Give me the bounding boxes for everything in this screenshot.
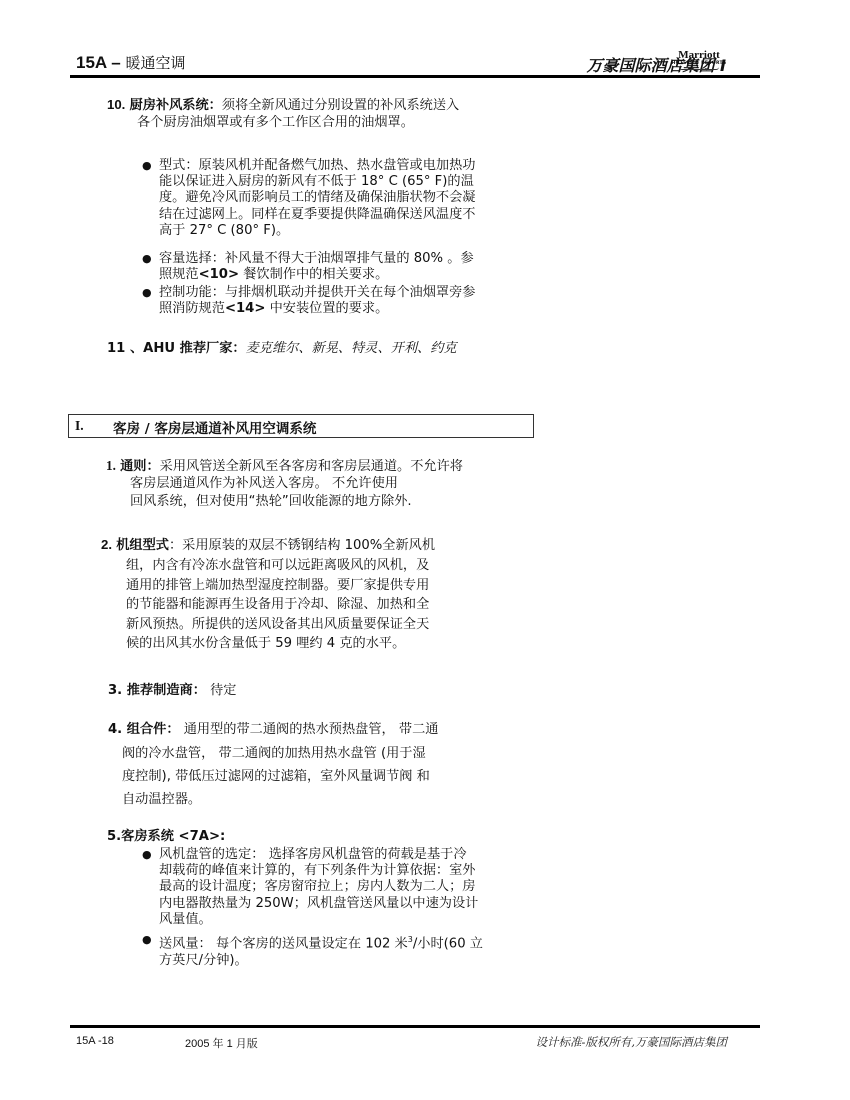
bullet-icon: ● bbox=[142, 158, 152, 174]
item-11: 11 、AHU 推荐厂家：麦克维尔、新晃、特灵、开利、约克 bbox=[107, 341, 457, 357]
item-value: 待定 bbox=[206, 683, 237, 698]
bullet-line: 结在过滤网上。同样在夏季要提供降温确保送风温度不 bbox=[159, 207, 539, 223]
text: 照消防规范 bbox=[159, 301, 225, 316]
bullet-line: 能以保证进入厨房的新风有不低于 18° C (65° F)的温 bbox=[159, 174, 539, 190]
subsection-3: 3. 推荐制造商： 待定 bbox=[108, 683, 236, 699]
item-text: 采用风管送全新风至各客房和客房层通道。不允许将 bbox=[160, 459, 463, 474]
bullet-line: 方英尺/分钟)。 bbox=[159, 953, 539, 969]
page-number: 15A -18 bbox=[76, 1035, 114, 1047]
bullet-line: 控制功能：与排烟机联动并提供开关在每个油烟罩旁参 bbox=[159, 285, 539, 301]
bullet-icon: ● bbox=[142, 847, 152, 863]
subsection-2-body: 组，内含有冷冻水盘管和可以远距离吸风的风机，及 通用的排管上端加热型湿度控制器。… bbox=[126, 556, 429, 654]
text-line: 阀的冷水盘管， 带二通阀的加热用热水盘管 (用于湿 bbox=[122, 742, 430, 765]
subsection-5-bullet-2: ● 送风量： 每个客房的送风量设定在 102 米3/小时(60 立 方英尺/分钟… bbox=[159, 932, 539, 969]
bullet-line: 照消防规范<14> 中安装位置的要求。 bbox=[159, 301, 539, 317]
reference: <10> bbox=[199, 267, 239, 282]
subsection-1-line3: 回风系统，但对使用“热轮”回收能源的地方除外. bbox=[130, 494, 412, 510]
item-heading: 厨房补风系统： bbox=[130, 98, 222, 113]
reference: <14> bbox=[225, 301, 265, 316]
item-number: 2. bbox=[101, 537, 112, 552]
vendor-list: 麦克维尔、新晃、特灵、开利、约克 bbox=[246, 341, 457, 356]
section-heading-box: I. 客房 / 客房层通道补风用空调系统 bbox=[68, 414, 534, 438]
section-title: 客房 / 客房层通道补风用空调系统 bbox=[113, 417, 316, 437]
copyright: 设计标准-版权所有,万豪国际酒店集团 bbox=[535, 1034, 727, 1050]
bullet-line: 度。避免冷风而影响员工的情绪及确保油脂状物不会凝 bbox=[159, 190, 539, 206]
subsection-1-line2: 客房层通道风作为补风送入客房。 不允许使用 bbox=[130, 476, 398, 492]
bullet-icon: ● bbox=[142, 285, 152, 301]
bullet-line: 送风量： 每个客房的送风量设定在 102 米3/小时(60 立 bbox=[159, 932, 539, 953]
section-number: I. bbox=[75, 418, 84, 434]
bullet-line: 最高的设计温度；客房窗帘拉上；房内人数为二人；房 bbox=[159, 879, 539, 895]
item-text: 须将全新风通过分别设置的补风系统送入 bbox=[222, 98, 459, 113]
subsection-2: 2. 机组型式：采用原装的双层不锈钢结构 100%全新风机 bbox=[101, 537, 435, 554]
marriott-logo: Marriott HOTELS & RESORTS bbox=[668, 50, 730, 74]
section-title: 暖通空调 bbox=[121, 54, 186, 72]
text: /小时(60 立 bbox=[413, 936, 483, 951]
footer-divider bbox=[70, 1025, 760, 1028]
text-line: 度控制), 带低压过滤网的过滤箱，室外风量调节阀 和 bbox=[122, 765, 430, 788]
logo-swoosh-icon bbox=[679, 67, 719, 70]
item-heading: 4. 组合件： bbox=[108, 722, 180, 737]
text: 中安装位置的要求。 bbox=[265, 301, 388, 316]
text: 送风量： 每个客房的送风量设定在 102 米 bbox=[159, 936, 408, 951]
item-text: ：采用原装的双层不锈钢结构 100%全新风机 bbox=[169, 538, 435, 553]
bullet-line: 型式：原装风机并配备燃气加热、热水盘管或电加热功 bbox=[159, 158, 539, 174]
bullet-line: 风量值。 bbox=[159, 912, 539, 928]
text: 餐饮制作中的相关要求。 bbox=[239, 267, 388, 282]
logo-subtitle: HOTELS & RESORTS bbox=[668, 61, 730, 67]
section-code: 15A – bbox=[76, 53, 121, 72]
text-line: 通用的排管上端加热型湿度控制器。要厂家提供专用 bbox=[126, 576, 429, 596]
bullet-line: 照规范<10> 餐饮制作中的相关要求。 bbox=[159, 267, 539, 283]
text: 照规范 bbox=[159, 267, 199, 282]
text-line: 的节能器和能源再生设备用于冷却、除湿、加热和全 bbox=[126, 595, 429, 615]
subsection-5-bullet-1: ● 风机盘管的选定： 选择客房风机盘管的荷载是基于冷 却载荷的峰值来计算的，有下… bbox=[159, 847, 539, 928]
header-section-label: 15A – 暖通空调 bbox=[76, 52, 186, 73]
text-line: 新风预热。所提供的送风设备其出风质量要保证全天 bbox=[126, 615, 429, 635]
bullet-line: 内电器散热量为 250W；风机盘管送风量以中速为设计 bbox=[159, 896, 539, 912]
logo-brand: Marriott bbox=[668, 50, 730, 61]
subsection-4: 4. 组合件： 通用型的带二通阀的热水预热盘管， 带二通 bbox=[108, 722, 438, 738]
item-text: 通用型的带二通阀的热水预热盘管， 带二通 bbox=[180, 722, 439, 737]
subsection-1: 1. 通则：采用风管送全新风至各客房和客房层通道。不允许将 bbox=[106, 458, 463, 475]
edition: 2005 年 1 月版 bbox=[185, 1035, 258, 1051]
item-number: 1. bbox=[106, 458, 116, 473]
item-10-bullet-3: ● 控制功能：与排烟机联动并提供开关在每个油烟罩旁参 照消防规范<14> 中安装… bbox=[159, 285, 539, 317]
subsection-4-body: 阀的冷水盘管， 带二通阀的加热用热水盘管 (用于湿 度控制), 带低压过滤网的过… bbox=[122, 742, 430, 811]
text-line: 组，内含有冷冻水盘管和可以远距离吸风的风机，及 bbox=[126, 556, 429, 576]
bullet-icon: ● bbox=[142, 932, 152, 948]
bullet-line: 却载荷的峰值来计算的，有下列条件为计算依据：室外 bbox=[159, 863, 539, 879]
item-heading: 机组型式 bbox=[116, 538, 169, 553]
item-heading: 11 、AHU 推荐厂家： bbox=[107, 341, 246, 356]
bullet-line: 容量选择：补风量不得大于油烟罩排气量的 80% 。参 bbox=[159, 251, 539, 267]
item-10-line2: 各个厨房油烟罩或有多个工作区合用的油烟罩。 bbox=[137, 115, 414, 131]
item-number: 10. bbox=[107, 97, 125, 112]
item-heading: 3. 推荐制造商： bbox=[108, 683, 206, 698]
item-10: 10. 厨房补风系统：须将全新风通过分别设置的补风系统送入 bbox=[107, 97, 459, 114]
bullet-line: 高于 27° C (80° F)。 bbox=[159, 223, 539, 239]
text-line: 候的出风其水份含量低于 59 哩约 4 克的水平。 bbox=[126, 634, 429, 654]
item-heading: 通则： bbox=[120, 459, 160, 474]
header-divider bbox=[70, 75, 760, 78]
text-line: 自动温控器。 bbox=[122, 788, 430, 811]
bullet-icon: ● bbox=[142, 251, 152, 267]
subsection-5-heading: 5.客房系统 <7A>: bbox=[107, 829, 225, 845]
bullet-line: 风机盘管的选定： 选择客房风机盘管的荷载是基于冷 bbox=[159, 847, 539, 863]
item-10-bullet-2: ● 容量选择：补风量不得大于油烟罩排气量的 80% 。参 照规范<10> 餐饮制… bbox=[159, 251, 539, 283]
item-10-bullet-1: ● 型式：原装风机并配备燃气加热、热水盘管或电加热功 能以保证进入厨房的新风有不… bbox=[159, 158, 539, 239]
